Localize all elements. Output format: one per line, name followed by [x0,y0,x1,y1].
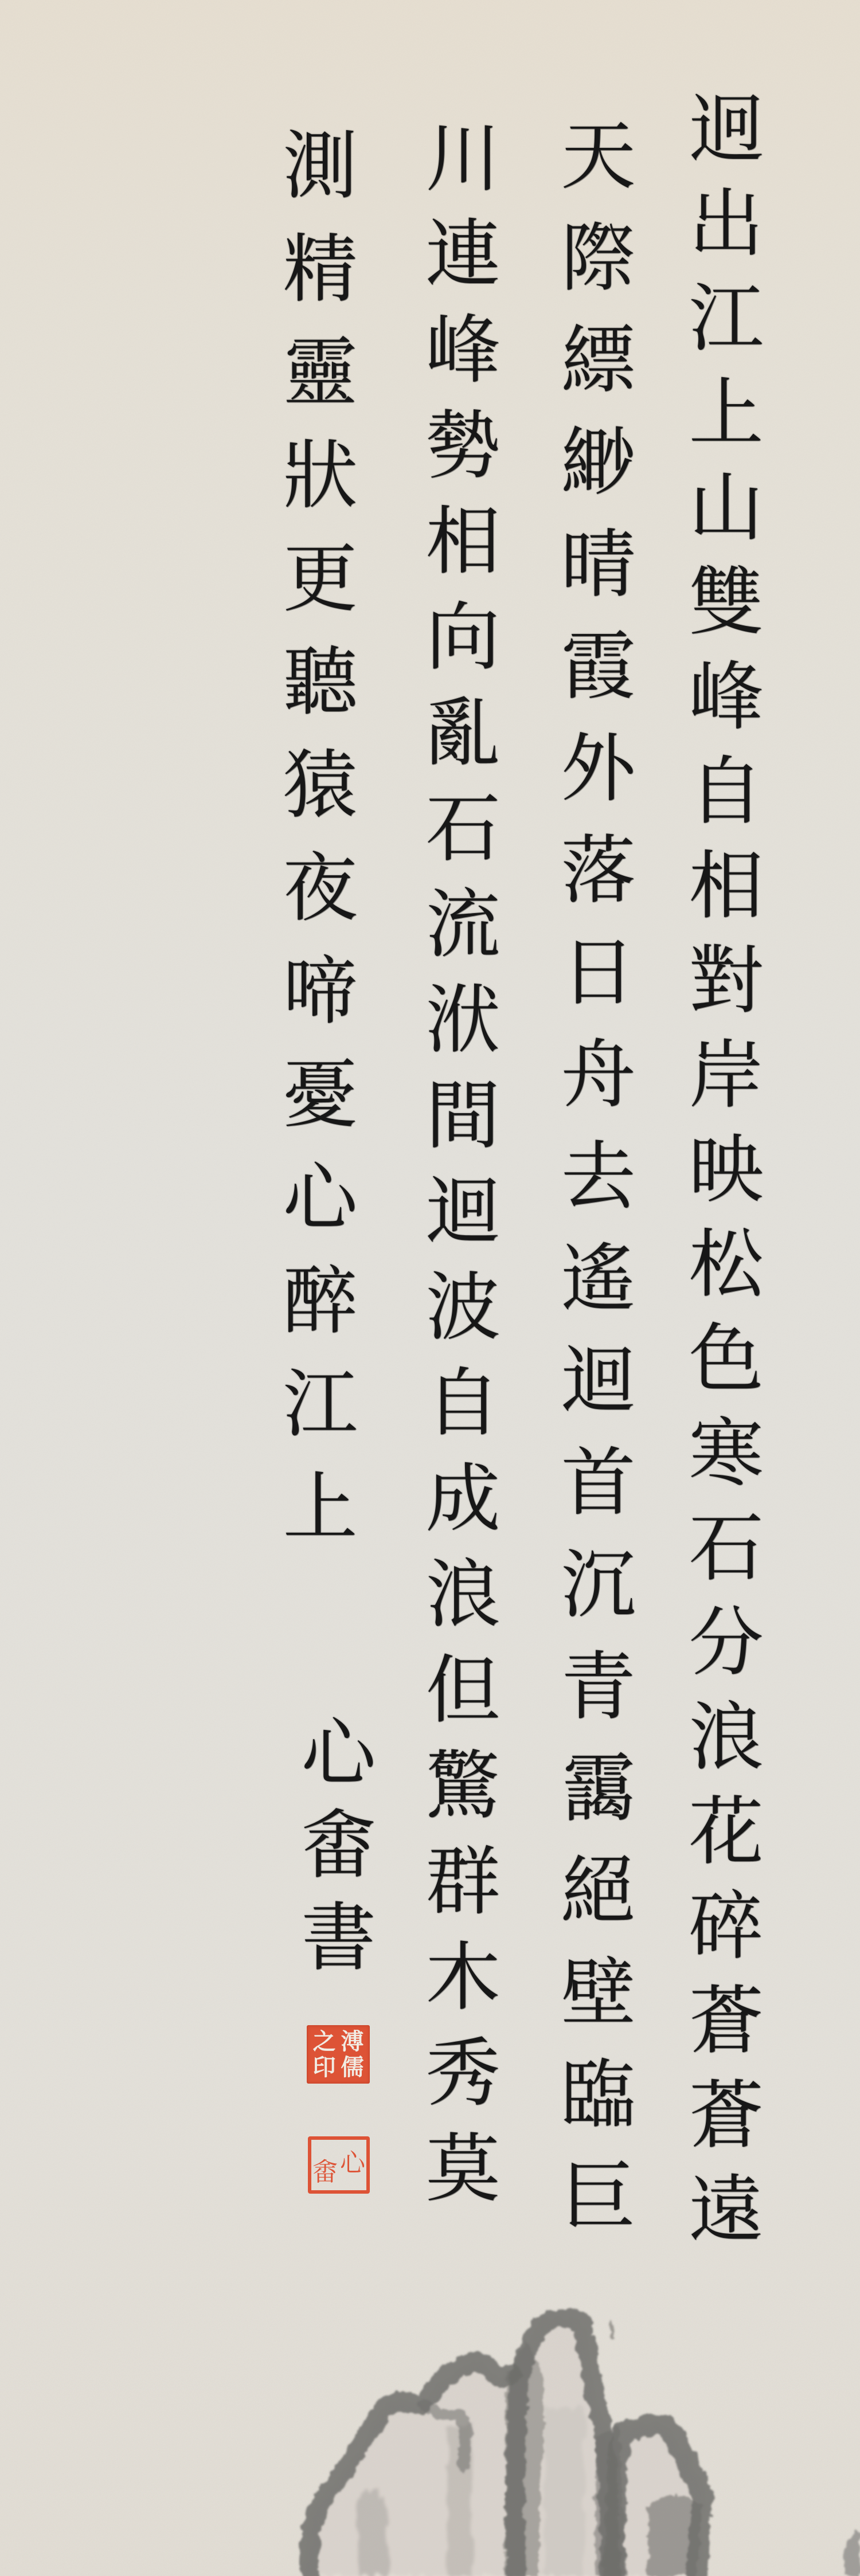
seal-char: 印 [310,2054,338,2080]
seal-char: 畬 [312,2151,338,2188]
seal-char: 儒 [338,2054,366,2080]
seal-char: 溥 [338,2029,366,2054]
style-name-seal: 心 畬 [308,2136,370,2194]
seal-char: 之 [310,2029,338,2054]
ink-rock-painting [275,2264,860,2576]
seal-char: 心 [340,2142,365,2179]
poem-column-2: 天際縹緲晴霞外落日舟去遙迴首沉青靄絕壁臨巨 [555,116,630,2259]
poem-column-4: 測精靈狀更聽猿夜啼憂心醉江上 [277,126,351,1571]
artist-signature: 心畬書 [295,1713,370,1990]
poem-column-1: 迥出江上山雙峰自相對岸映松色寒石分浪花碎蒼蒼遠 [683,89,757,2265]
poem-column-3: 川連峰勢相向亂石流洑間迴波自成浪但驚群木秀莫 [420,119,494,2225]
name-seal: 溥 儒 之 印 [307,2025,370,2084]
